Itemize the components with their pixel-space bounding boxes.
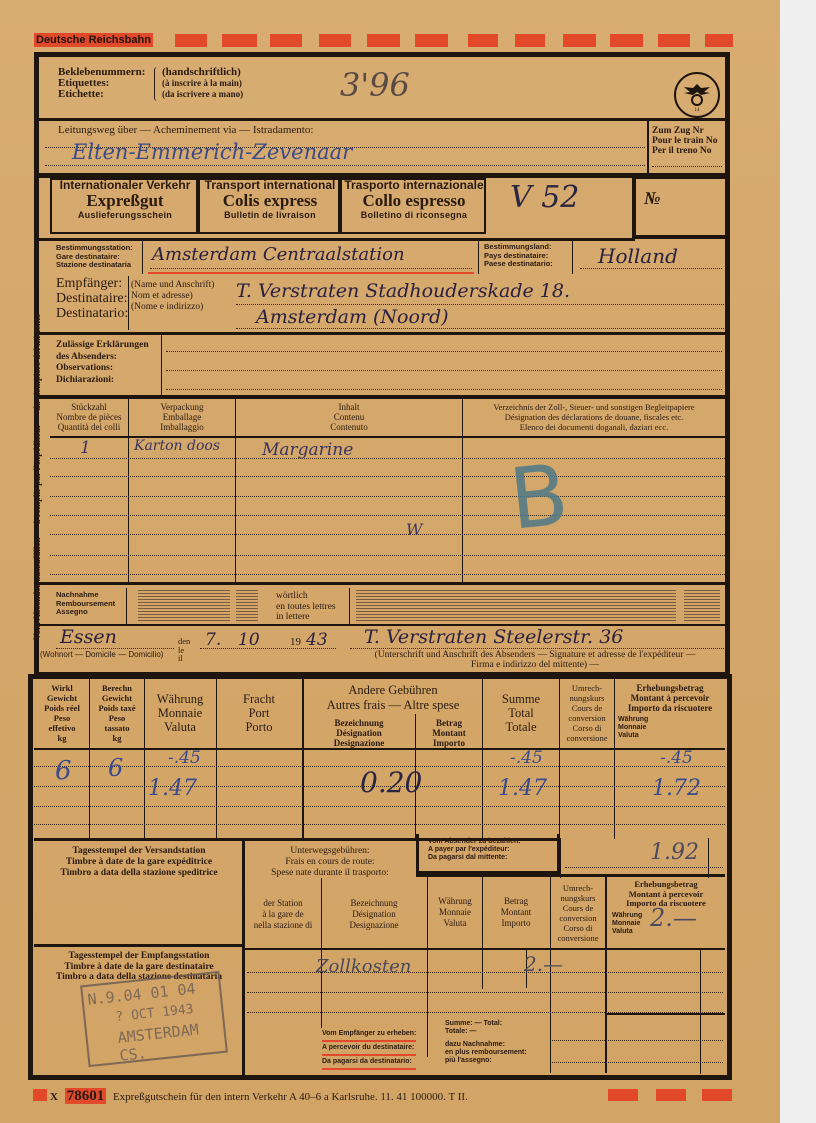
divider (161, 335, 162, 395)
sum-label: Summe: — Total:Totale: — (445, 1020, 502, 1036)
sender-signature[interactable]: T. Verstraten Steelerstr. 36 (364, 626, 623, 648)
country-value[interactable]: Holland (598, 244, 678, 268)
divider (572, 240, 573, 274)
sender-line (350, 648, 724, 649)
country-line (580, 268, 722, 269)
reichsbahn-eagle-stamp-icon: 14 (674, 72, 720, 118)
other-amount-header: BetragMontantImporto (416, 718, 482, 748)
cod-total-label: dazu Nachnahme:en plus remboursement:più… (445, 1041, 527, 1065)
transit-designation-value[interactable]: Zollkosten (316, 956, 411, 977)
date-year-prefix: 19 (290, 636, 301, 648)
country-label: Bestimmungsland: Pays destinataire: Paes… (484, 243, 553, 269)
charged-weight-header: BerechnGewichtPoids taxéPesotassatokg (90, 683, 144, 743)
recipient-line-1[interactable]: T. Verstraten Stadhouderskade 18. (236, 280, 570, 302)
currency-value-bottom[interactable]: 1.47 (148, 776, 197, 801)
station-line (150, 268, 472, 269)
red-dash (702, 1089, 732, 1101)
red-dash (705, 34, 733, 47)
row-line (50, 496, 725, 497)
divider (128, 276, 129, 330)
red-dash (270, 34, 302, 47)
row-line (247, 992, 723, 993)
contents-header: InhaltContenuContenuto (236, 402, 462, 432)
declarations-line[interactable] (166, 389, 722, 390)
red-dash (319, 34, 351, 47)
row-divider (607, 1013, 725, 1015)
row-line (50, 555, 725, 556)
route-line (45, 165, 645, 166)
number-label: № (644, 188, 660, 209)
total-value-top[interactable]: -.45 (510, 748, 543, 768)
divider (39, 395, 725, 399)
red-dash (658, 34, 690, 47)
recipient-line-2[interactable]: Amsterdam (Noord) (256, 306, 449, 328)
actual-weight-value[interactable]: 6 (55, 756, 72, 786)
row-line (552, 1040, 723, 1041)
divider (39, 332, 725, 335)
transit-currency-header: WährungMonnaieValuta (428, 896, 482, 929)
sender-label: (Unterschrift und Anschrift des Absender… (340, 650, 730, 670)
currency-value-top[interactable]: -.45 (168, 748, 201, 768)
recipient-label: Empfänger: Destinataire: Destinatario: (56, 276, 128, 321)
initials: W (406, 520, 422, 539)
title-de: Internationaler Verkehr Expreßgut Auslie… (52, 178, 198, 224)
red-underline (148, 272, 474, 274)
blue-mark: B (505, 445, 573, 548)
divider (647, 121, 649, 173)
actual-weight-header: WirklGewichtPoids réelPesoeffetivokg (36, 683, 88, 743)
cod-amount-field[interactable] (138, 590, 230, 622)
footer-prefix: X (50, 1091, 58, 1103)
brace (154, 67, 160, 101)
recipient-line (236, 304, 724, 305)
red-dash (468, 34, 498, 47)
date-month[interactable]: 10 (238, 630, 260, 650)
row-line (50, 476, 725, 477)
footer-serial: 78601 (65, 1088, 107, 1104)
row-line (50, 458, 725, 459)
collect-value-top[interactable]: -.45 (660, 748, 693, 768)
sender-pay-label: Vom Absender zu bezahlen:A payer par l'e… (428, 838, 521, 862)
declarations-label: Zulässige Erklärungen des Absenders: Obs… (56, 340, 149, 386)
qty-value[interactable]: 1 (80, 438, 91, 458)
row-line (34, 806, 725, 807)
qty-header: StückzahlNombre de piècesQuantità dei co… (50, 402, 128, 432)
freight-header: FrachtPortPorto (217, 692, 301, 734)
red-dash (515, 34, 545, 47)
date-day[interactable]: 7. (205, 630, 221, 650)
transit-collect-currency-label: WährungMonnaieValuta (612, 912, 642, 936)
divider (34, 944, 244, 947)
total-header: SummeTotalTotale (483, 692, 559, 734)
sender-pay-line (565, 867, 723, 868)
row-line (50, 515, 725, 516)
cod-words-field[interactable] (684, 590, 720, 622)
red-dash (222, 34, 257, 47)
cod-words-label: wörtlichen toutes lettresin lettere (276, 591, 336, 623)
other-designation-header: BezeichnungDésignationDesignazione (304, 718, 414, 748)
charged-weight-value[interactable]: 6 (108, 754, 123, 782)
row-line (34, 824, 725, 825)
train-number-field[interactable] (652, 166, 722, 167)
sender-pay-value[interactable]: 1.92 (650, 840, 699, 865)
red-dash (415, 34, 448, 47)
footer-text: Expreßgutschein für den intern Verkehr A… (113, 1091, 468, 1103)
dispatch-stamp-title: Tagesstempel der VersandstationTimbre à … (36, 846, 242, 879)
title-fr: Transport international Colis express Bu… (200, 178, 340, 224)
title-it: Trasporto internazionale Collo espresso … (342, 178, 486, 224)
divider (708, 838, 709, 878)
red-dash (367, 34, 400, 47)
column-divider (700, 950, 701, 1074)
svg-text:14: 14 (695, 108, 701, 112)
row-line (50, 574, 725, 575)
company-name: Deutsche Reichsbahn (34, 33, 153, 47)
place-label: (Wohnort — Domicile — Domicilio) (40, 650, 163, 659)
conversion-header: Umrech-nungskursCours deconversionCorso … (560, 683, 614, 743)
transit-fees-title: Unterwegsgebühren:Frais en cours de rout… (245, 846, 415, 879)
transit-amount-value[interactable]: 2.— (524, 952, 563, 976)
transit-designation-header: BezeichnungDésignationDesignazione (322, 898, 426, 931)
currency-header: WährungMonnaieValuta (145, 692, 215, 734)
transit-conversion-header: Umrech-nungskursCours deconversionCorso … (551, 883, 605, 943)
declarations-line[interactable] (166, 370, 722, 371)
labels-number-value: 3'96 (340, 66, 410, 104)
packing-header: VerpackungEmballageImballaggio (129, 402, 235, 432)
date-year[interactable]: 43 (306, 630, 328, 650)
transit-amount-header: BetragMontantImporto (483, 896, 549, 929)
divider (39, 238, 635, 241)
red-dash (610, 34, 643, 47)
labels-label: Beklebenummern: Etiquettes: Etichette: (58, 67, 145, 100)
collect-currency-label: WährungMonnaieValuta (618, 716, 648, 740)
place-line (56, 648, 174, 649)
handwritten-code: V 52 (510, 180, 579, 215)
recipient-note: (Name und Anschrift) Nom et adresse) (No… (131, 280, 214, 313)
recipient-line (236, 328, 724, 329)
route-value[interactable]: Elten-Emmerich-Zevenaar (72, 140, 352, 164)
station-label: Bestimmungsstation: Gare destinataire: S… (56, 244, 133, 270)
route-label: Leitungsweg über — Acheminement via — Is… (58, 124, 313, 136)
cod-label: NachnahmeRemboursementAssegno (56, 591, 115, 617)
labels-note: (handschriftlich) (à inscrire à la main)… (162, 67, 243, 100)
row-divider (34, 748, 725, 750)
transit-collect-value[interactable]: 2.— (650, 904, 697, 932)
station-value[interactable]: Amsterdam Centraalstation (152, 244, 405, 265)
divider (39, 118, 725, 121)
date-prefix: denleil (178, 637, 190, 663)
divider (560, 838, 561, 878)
place-value[interactable]: Essen (60, 626, 117, 648)
row-divider (245, 948, 725, 950)
divider (349, 588, 350, 624)
side-note: Vom Absender auszufüllen — à remplir par… (32, 314, 42, 640)
scan-background (780, 0, 816, 1123)
transit-station-header: der Stationà la gare denella stazione di (245, 898, 321, 931)
divider (478, 240, 479, 274)
documents-header: Verzeichnis der Zoll-, Steuer- und sonst… (463, 402, 725, 432)
collect-value-bottom[interactable]: 1.72 (652, 776, 701, 801)
cod-words-field[interactable] (356, 590, 676, 622)
row-line (50, 534, 725, 535)
footer-line: X 78601 Expreßgutschein für den intern V… (38, 1088, 468, 1105)
other-fees-header: Andere GebührenAutres frais — Altre spes… (304, 683, 482, 713)
packing-value[interactable]: Karton doos (134, 438, 224, 455)
date-line (200, 648, 336, 649)
other-designation-value[interactable]: 0.20 (360, 766, 422, 799)
recipient-collect-label: Vom Empfänger zu erheben: A percevoir du… (322, 1028, 416, 1070)
red-dash (608, 1089, 638, 1101)
row-line (552, 1062, 723, 1063)
contents-value[interactable]: Margarine (262, 440, 353, 460)
red-dash (175, 34, 207, 47)
divider (126, 588, 127, 624)
divider (416, 874, 725, 877)
train-label: Zum Zug Nr Pour le train No Per il treno… (652, 126, 718, 156)
arrival-date-stamp: N.9.04 01 04 ? OCT 1943 AMSTERDAM CS. (80, 971, 228, 1067)
total-value-bottom[interactable]: 1.47 (498, 776, 547, 801)
collect-header: ErhebungsbetragMontant à percevoirImport… (615, 683, 725, 713)
red-dash (563, 34, 596, 47)
divider (39, 582, 725, 585)
divider (142, 240, 143, 274)
red-dash (656, 1089, 686, 1101)
declarations-line[interactable] (166, 351, 722, 352)
cod-amount-field[interactable] (236, 590, 258, 622)
